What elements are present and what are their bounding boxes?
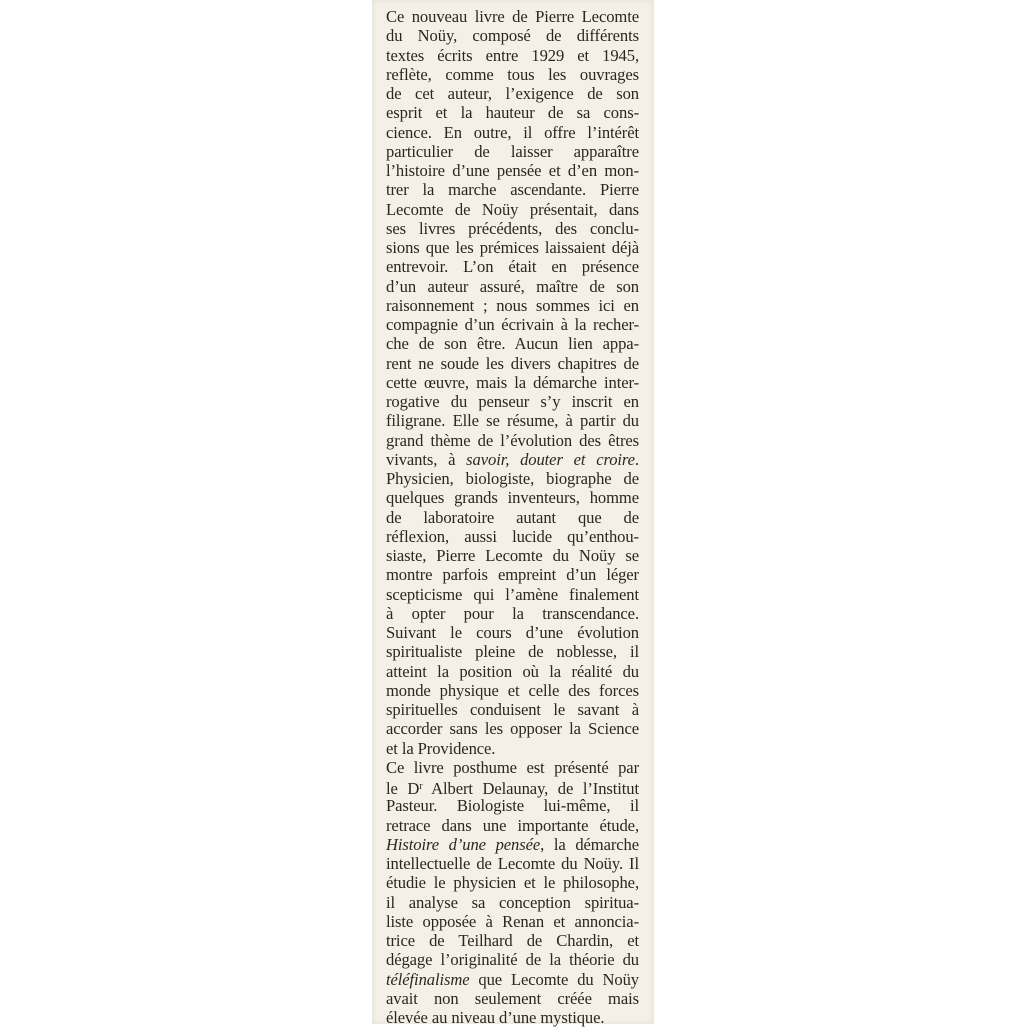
text-segment: d’un auteur assuré, maître de son	[386, 277, 639, 296]
text-segment: monde physique et celle des forces	[386, 681, 639, 700]
text-segment: le D	[386, 779, 419, 798]
text-line: particulier de laisser apparaître	[386, 142, 639, 161]
text-line: atteint la position où la réalité du	[386, 662, 639, 681]
paragraph: Ce nouveau livre de Pierre Lecomtedu Noü…	[386, 7, 639, 758]
text-line: intellectuelle de Lecomte du Noüy. Il	[386, 854, 639, 873]
text-segment: entrevoir. L’on était en présence	[386, 257, 639, 276]
text-line: scepticisme qui l’amène finalement	[386, 585, 639, 604]
text-line: montre parfois empreint d’un léger	[386, 565, 639, 584]
paragraph: Ce livre posthume est présenté parle Dr …	[386, 758, 639, 1024]
text-segment: et la Providence.	[386, 739, 495, 758]
text-line: grand thème de l’évolution des êtres	[386, 431, 639, 450]
text-line: à opter pour la transcendance.	[386, 604, 639, 623]
text-line: téléfinalisme que Lecomte du Noüy	[386, 970, 639, 989]
text-line: sions que les prémices laissaient déjà	[386, 238, 639, 257]
text-line: filigrane. Elle se résume, à partir du	[386, 411, 639, 430]
text-line: spirituelles conduisent le savant à	[386, 700, 639, 719]
text-segment: il analyse sa conception spiritua-	[386, 893, 639, 912]
text-line: réflexion, aussi lucide qu’enthou-	[386, 527, 639, 546]
text-line: Ce livre posthume est présenté par	[386, 758, 639, 777]
text-line: dégage l’originalité de la théorie du	[386, 950, 639, 969]
text-line: retrace dans une importante étude,	[386, 816, 639, 835]
text-line: compagnie d’un écrivain à la recher-	[386, 315, 639, 334]
text-segment: de laboratoire autant que de	[386, 508, 639, 527]
text-segment: étudie le physicien et le philosophe,	[386, 873, 639, 892]
text-segment: spirituelles conduisent le savant à	[386, 700, 639, 719]
text-line: rogative du penseur s’y inscrit en	[386, 392, 639, 411]
text-segment: grand thème de l’évolution des êtres	[386, 431, 639, 450]
text-line: d’un auteur assuré, maître de son	[386, 277, 639, 296]
text-segment: .	[635, 450, 639, 469]
text-segment: intellectuelle de Lecomte du Noüy. Il	[386, 854, 639, 873]
text-segment: réflexion, aussi lucide qu’enthou-	[386, 527, 639, 546]
text-segment: Physicien, biologiste, biographe de	[386, 469, 639, 488]
text-segment: retrace dans une importante étude,	[386, 816, 639, 835]
text-segment: ses livres précédents, des conclu-	[386, 219, 639, 238]
text-segment: de cet auteur, l’exigence de son	[386, 84, 639, 103]
text-line: accorder sans les opposer la Science	[386, 719, 639, 738]
text-line: Suivant le cours d’une évolution	[386, 623, 639, 642]
text-segment: trer la marche ascendante. Pierre	[386, 180, 639, 199]
italic-text: savoir, douter et croire	[466, 450, 635, 469]
text-line: du Noüy, composé de différents	[386, 26, 639, 45]
text-segment: reflète, comme tous les ouvrages	[386, 65, 639, 84]
text-segment: rogative du penseur s’y inscrit en	[386, 392, 639, 411]
text-segment: liste opposée à Renan et annoncia-	[386, 912, 639, 931]
text-line: Pasteur. Biologiste lui-même, il	[386, 796, 639, 815]
text-segment: scepticisme qui l’amène finalement	[386, 585, 639, 604]
text-line: étudie le physicien et le philosophe,	[386, 873, 639, 892]
text-segment: accorder sans les opposer la Science	[386, 719, 639, 738]
text-line: l’histoire d’une pensée et d’en mon-	[386, 161, 639, 180]
text-line: entrevoir. L’on était en présence	[386, 257, 639, 276]
text-line: de cet auteur, l’exigence de son	[386, 84, 639, 103]
text-line: trer la marche ascendante. Pierre	[386, 180, 639, 199]
text-segment: Lecomte de Noüy présentait, dans	[386, 200, 639, 219]
text-line: Lecomte de Noüy présentait, dans	[386, 200, 639, 219]
text-segment: dégage l’originalité de la théorie du	[386, 950, 639, 969]
text-segment: spiritualiste pleine de noblesse, il	[386, 642, 639, 661]
text-line: textes écrits entre 1929 et 1945,	[386, 46, 639, 65]
text-line: avait non seulement créée mais	[386, 989, 639, 1008]
text-line: élevée au niveau d’une mystique.	[386, 1008, 639, 1024]
text-segment: avait non seulement créée mais	[386, 989, 639, 1008]
text-segment: montre parfois empreint d’un léger	[386, 565, 639, 584]
text-segment: filigrane. Elle se résume, à partir du	[386, 411, 639, 430]
text-line: et la Providence.	[386, 739, 639, 758]
text-line: monde physique et celle des forces	[386, 681, 639, 700]
text-line: cette œuvre, mais la démarche inter-	[386, 373, 639, 392]
text-line: trice de Teilhard de Chardin, et	[386, 931, 639, 950]
text-line: che de son être. Aucun lien appa-	[386, 334, 639, 353]
text-segment: cience. En outre, il offre l’intérêt	[386, 123, 639, 142]
text-segment: du Noüy, composé de différents	[386, 26, 639, 45]
scanned-page-strip: Ce nouveau livre de Pierre Lecomtedu Noü…	[372, 0, 654, 1024]
text-segment: à opter pour la transcendance.	[386, 604, 639, 623]
text-segment: Pasteur. Biologiste lui-même, il	[386, 796, 639, 815]
text-segment: trice de Teilhard de Chardin, et	[386, 931, 639, 950]
text-segment: cette œuvre, mais la démarche inter-	[386, 373, 639, 392]
text-line: Ce nouveau livre de Pierre Lecomte	[386, 7, 639, 26]
text-segment: l’histoire d’une pensée et d’en mon-	[386, 161, 639, 180]
italic-text: Histoire d’une pensée	[386, 835, 540, 854]
text-segment: , la démarche	[540, 835, 639, 854]
text-segment: vivants, à	[386, 450, 466, 469]
text-line: de laboratoire autant que de	[386, 508, 639, 527]
text-segment: Albert Delaunay, de l’Institut	[422, 779, 639, 798]
text-segment: particulier de laisser apparaître	[386, 142, 639, 161]
text-line: esprit et la hauteur de sa cons-	[386, 103, 639, 122]
text-segment: rent ne soude les divers chapitres de	[386, 354, 639, 373]
text-line: il analyse sa conception spiritua-	[386, 893, 639, 912]
text-segment: siaste, Pierre Lecomte du Noüy se	[386, 546, 639, 565]
text-line: cience. En outre, il offre l’intérêt	[386, 123, 639, 142]
text-line: liste opposée à Renan et annoncia-	[386, 912, 639, 931]
text-line: siaste, Pierre Lecomte du Noüy se	[386, 546, 639, 565]
text-segment: que Lecomte du Noüy	[470, 970, 640, 989]
text-segment: quelques grands inventeurs, homme	[386, 488, 639, 507]
text-segment: raisonnement ; nous sommes ici en	[386, 296, 639, 315]
text-segment: che de son être. Aucun lien appa-	[386, 334, 639, 353]
text-line: quelques grands inventeurs, homme	[386, 488, 639, 507]
text-segment: Ce livre posthume est présenté par	[386, 758, 639, 777]
text-line: rent ne soude les divers chapitres de	[386, 354, 639, 373]
text-segment: élevée au niveau d’une mystique.	[386, 1008, 604, 1024]
text-line: Histoire d’une pensée, la démarche	[386, 835, 639, 854]
book-blurb-text: Ce nouveau livre de Pierre Lecomtedu Noü…	[386, 7, 639, 1024]
text-line: spiritualiste pleine de noblesse, il	[386, 642, 639, 661]
text-segment: esprit et la hauteur de sa cons-	[386, 103, 639, 122]
text-line: reflète, comme tous les ouvrages	[386, 65, 639, 84]
text-line: ses livres précédents, des conclu-	[386, 219, 639, 238]
italic-text: téléfinalisme	[386, 970, 470, 989]
text-segment: atteint la position où la réalité du	[386, 662, 639, 681]
text-line: raisonnement ; nous sommes ici en	[386, 296, 639, 315]
text-segment: Ce nouveau livre de Pierre Lecomte	[386, 7, 639, 26]
text-line: Physicien, biologiste, biographe de	[386, 469, 639, 488]
text-segment: Suivant le cours d’une évolution	[386, 623, 639, 642]
text-line: le Dr Albert Delaunay, de l’Institut	[386, 777, 639, 796]
text-segment: compagnie d’un écrivain à la recher-	[386, 315, 639, 334]
text-segment: sions que les prémices laissaient déjà	[386, 238, 639, 257]
text-line: vivants, à savoir, douter et croire.	[386, 450, 639, 469]
text-segment: textes écrits entre 1929 et 1945,	[386, 46, 639, 65]
